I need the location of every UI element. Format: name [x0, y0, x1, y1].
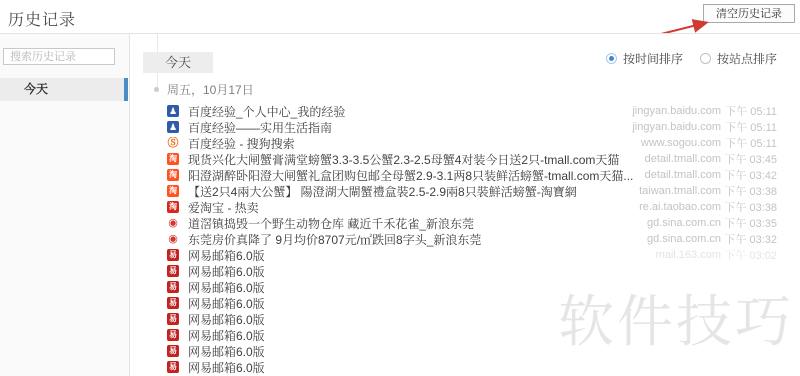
- history-time: 下午 05:11: [721, 103, 777, 119]
- history-row[interactable]: 网易邮箱6.0版: [130, 311, 800, 327]
- sina-icon: [167, 233, 179, 245]
- history-domain: detail.tmall.com: [645, 153, 721, 165]
- netease-mail-icon: [167, 313, 179, 325]
- page-title: 历史记录: [8, 7, 76, 30]
- sort-by-time-label: 按时间排序: [623, 50, 683, 67]
- history-title-link[interactable]: 东莞房价真降了 9月均价8707元/㎡跌回8字头_新浪东莞: [188, 231, 637, 248]
- history-time: 下午 03:32: [721, 231, 777, 247]
- main-content: 今天 按时间排序 按站点排序 周五，10月17日 百度经验_个人中心_我的经验 …: [130, 34, 800, 376]
- netease-mail-icon: [167, 345, 179, 357]
- history-time: 下午 03:38: [721, 183, 777, 199]
- history-title-link[interactable]: 百度经验_个人中心_我的经验: [188, 103, 622, 120]
- sort-by-site-radio-icon[interactable]: [700, 53, 711, 64]
- netease-mail-icon: [167, 297, 179, 309]
- timeline-dot-icon: [154, 87, 159, 92]
- sort-by-time-radio-icon[interactable]: [606, 53, 617, 64]
- aitaobao-icon: [167, 201, 179, 213]
- sort-by-site-option[interactable]: 按站点排序: [700, 50, 777, 67]
- history-title-link[interactable]: 百度经验——实用生活指南: [188, 119, 622, 136]
- history-title-link[interactable]: 网易邮箱6.0版: [188, 327, 711, 344]
- history-row[interactable]: 百度经验——实用生活指南 jingyan.baidu.com 下午 05:11: [130, 119, 800, 135]
- history-time: 下午 05:11: [721, 119, 777, 135]
- history-row[interactable]: 百度经验 - 搜狗搜索 www.sogou.com 下午 05:11: [130, 135, 800, 151]
- history-title-link[interactable]: 网易邮箱6.0版: [188, 359, 711, 376]
- history-row[interactable]: 网易邮箱6.0版: [130, 327, 800, 343]
- history-title-link[interactable]: 现货兴化大闸蟹膏满堂螃蟹3.3-3.5公蟹2.3-2.5母蟹4对装今日送2只-t…: [188, 151, 635, 168]
- history-title-link[interactable]: 阳澄湖醉卧阳澄大闸蟹礼盒团购包邮全母蟹2.9-3.1两8只装鲜活螃蟹-tmall…: [188, 167, 635, 184]
- sidebar-item-label: 今天: [24, 82, 48, 96]
- sort-by-site-label: 按站点排序: [717, 50, 777, 67]
- history-domain: taiwan.tmall.com: [639, 185, 721, 197]
- history-row[interactable]: 网易邮箱6.0版: [130, 295, 800, 311]
- sort-bar: 按时间排序 按站点排序: [606, 51, 777, 65]
- history-title-link[interactable]: 网易邮箱6.0版: [188, 343, 711, 360]
- history-time: 下午 03:02: [721, 247, 777, 263]
- sidebar-item-today[interactable]: 今天: [0, 78, 128, 101]
- history-row[interactable]: 网易邮箱6.0版: [130, 359, 800, 375]
- date-group-row: 周五，10月17日: [154, 83, 254, 96]
- baidu-jingyan-icon: [167, 105, 179, 117]
- history-domain: mail.163.com: [656, 249, 721, 261]
- sidebar: 今天: [0, 34, 130, 376]
- netease-mail-icon: [167, 361, 179, 373]
- history-domain: www.sogou.com: [641, 137, 721, 149]
- history-domain: jingyan.baidu.com: [632, 121, 721, 133]
- sort-by-time-option[interactable]: 按时间排序: [606, 50, 683, 67]
- history-time: 下午 03:42: [721, 167, 777, 183]
- history-title-link[interactable]: 百度经验 - 搜狗搜索: [188, 135, 631, 152]
- netease-mail-icon: [167, 329, 179, 341]
- netease-mail-icon: [167, 281, 179, 293]
- history-time: 下午 05:11: [721, 135, 777, 151]
- today-group-badge: 今天: [143, 52, 213, 73]
- history-list: 百度经验_个人中心_我的经验 jingyan.baidu.com 下午 05:1…: [130, 103, 800, 375]
- clear-history-button[interactable]: 清空历史记录: [703, 4, 795, 23]
- history-domain: jingyan.baidu.com: [632, 105, 721, 117]
- history-domain: re.ai.taobao.com: [639, 201, 721, 213]
- history-row[interactable]: 网易邮箱6.0版: [130, 263, 800, 279]
- history-title-link[interactable]: 网易邮箱6.0版: [188, 295, 711, 312]
- baidu-jingyan-icon: [167, 121, 179, 133]
- history-title-link[interactable]: 道滘镇捣毁一个野生动物仓库 藏近千禾花雀_新浪东莞: [188, 215, 637, 232]
- history-title-link[interactable]: 爱淘宝 - 热卖: [188, 199, 629, 216]
- netease-mail-icon: [167, 265, 179, 277]
- history-time: 下午 03:38: [721, 199, 777, 215]
- history-row[interactable]: 爱淘宝 - 热卖 re.ai.taobao.com 下午 03:38: [130, 199, 800, 215]
- history-row[interactable]: 阳澄湖醉卧阳澄大闸蟹礼盒团购包邮全母蟹2.9-3.1两8只装鲜活螃蟹-tmall…: [130, 167, 800, 183]
- taobao-icon: [167, 185, 179, 197]
- history-title-link[interactable]: 网易邮箱6.0版: [188, 263, 711, 280]
- sina-icon: [167, 217, 179, 229]
- history-row[interactable]: 现货兴化大闸蟹膏满堂螃蟹3.3-3.5公蟹2.3-2.5母蟹4对装今日送2只-t…: [130, 151, 800, 167]
- history-row[interactable]: 网易邮箱6.0版 mail.163.com 下午 03:02: [130, 247, 800, 263]
- history-page: 历史记录 清空历史记录 今天 今天 按时间排序 按站点排序: [0, 0, 800, 376]
- history-time: 下午 03:45: [721, 151, 777, 167]
- history-row[interactable]: 东莞房价真降了 9月均价8707元/㎡跌回8字头_新浪东莞 gd.sina.co…: [130, 231, 800, 247]
- date-group-label: 周五，10月17日: [167, 81, 254, 98]
- history-row[interactable]: 道滘镇捣毁一个野生动物仓库 藏近千禾花雀_新浪东莞 gd.sina.com.cn…: [130, 215, 800, 231]
- netease-mail-icon: [167, 249, 179, 261]
- taobao-icon: [167, 169, 179, 181]
- taobao-icon: [167, 153, 179, 165]
- history-row[interactable]: 百度经验_个人中心_我的经验 jingyan.baidu.com 下午 05:1…: [130, 103, 800, 119]
- history-domain: gd.sina.com.cn: [647, 233, 721, 245]
- history-title-link[interactable]: 网易邮箱6.0版: [188, 311, 711, 328]
- history-title-link[interactable]: 【送2只4兩大公蟹】 陽澄湖大閘蟹禮盒裝2.5-2.9兩8只裝鮮活螃蟹-淘寶網: [188, 183, 629, 200]
- history-time: 下午 03:35: [721, 215, 777, 231]
- history-row[interactable]: 网易邮箱6.0版: [130, 343, 800, 359]
- history-row[interactable]: 【送2只4兩大公蟹】 陽澄湖大閘蟹禮盒裝2.5-2.9兩8只裝鮮活螃蟹-淘寶網 …: [130, 183, 800, 199]
- history-title-link[interactable]: 网易邮箱6.0版: [188, 279, 711, 296]
- history-row[interactable]: 网易邮箱6.0版: [130, 279, 800, 295]
- sogou-icon: [167, 137, 179, 149]
- history-domain: detail.tmall.com: [645, 169, 721, 181]
- search-history-input[interactable]: [3, 48, 115, 65]
- history-title-link[interactable]: 网易邮箱6.0版: [188, 247, 646, 264]
- history-domain: gd.sina.com.cn: [647, 217, 721, 229]
